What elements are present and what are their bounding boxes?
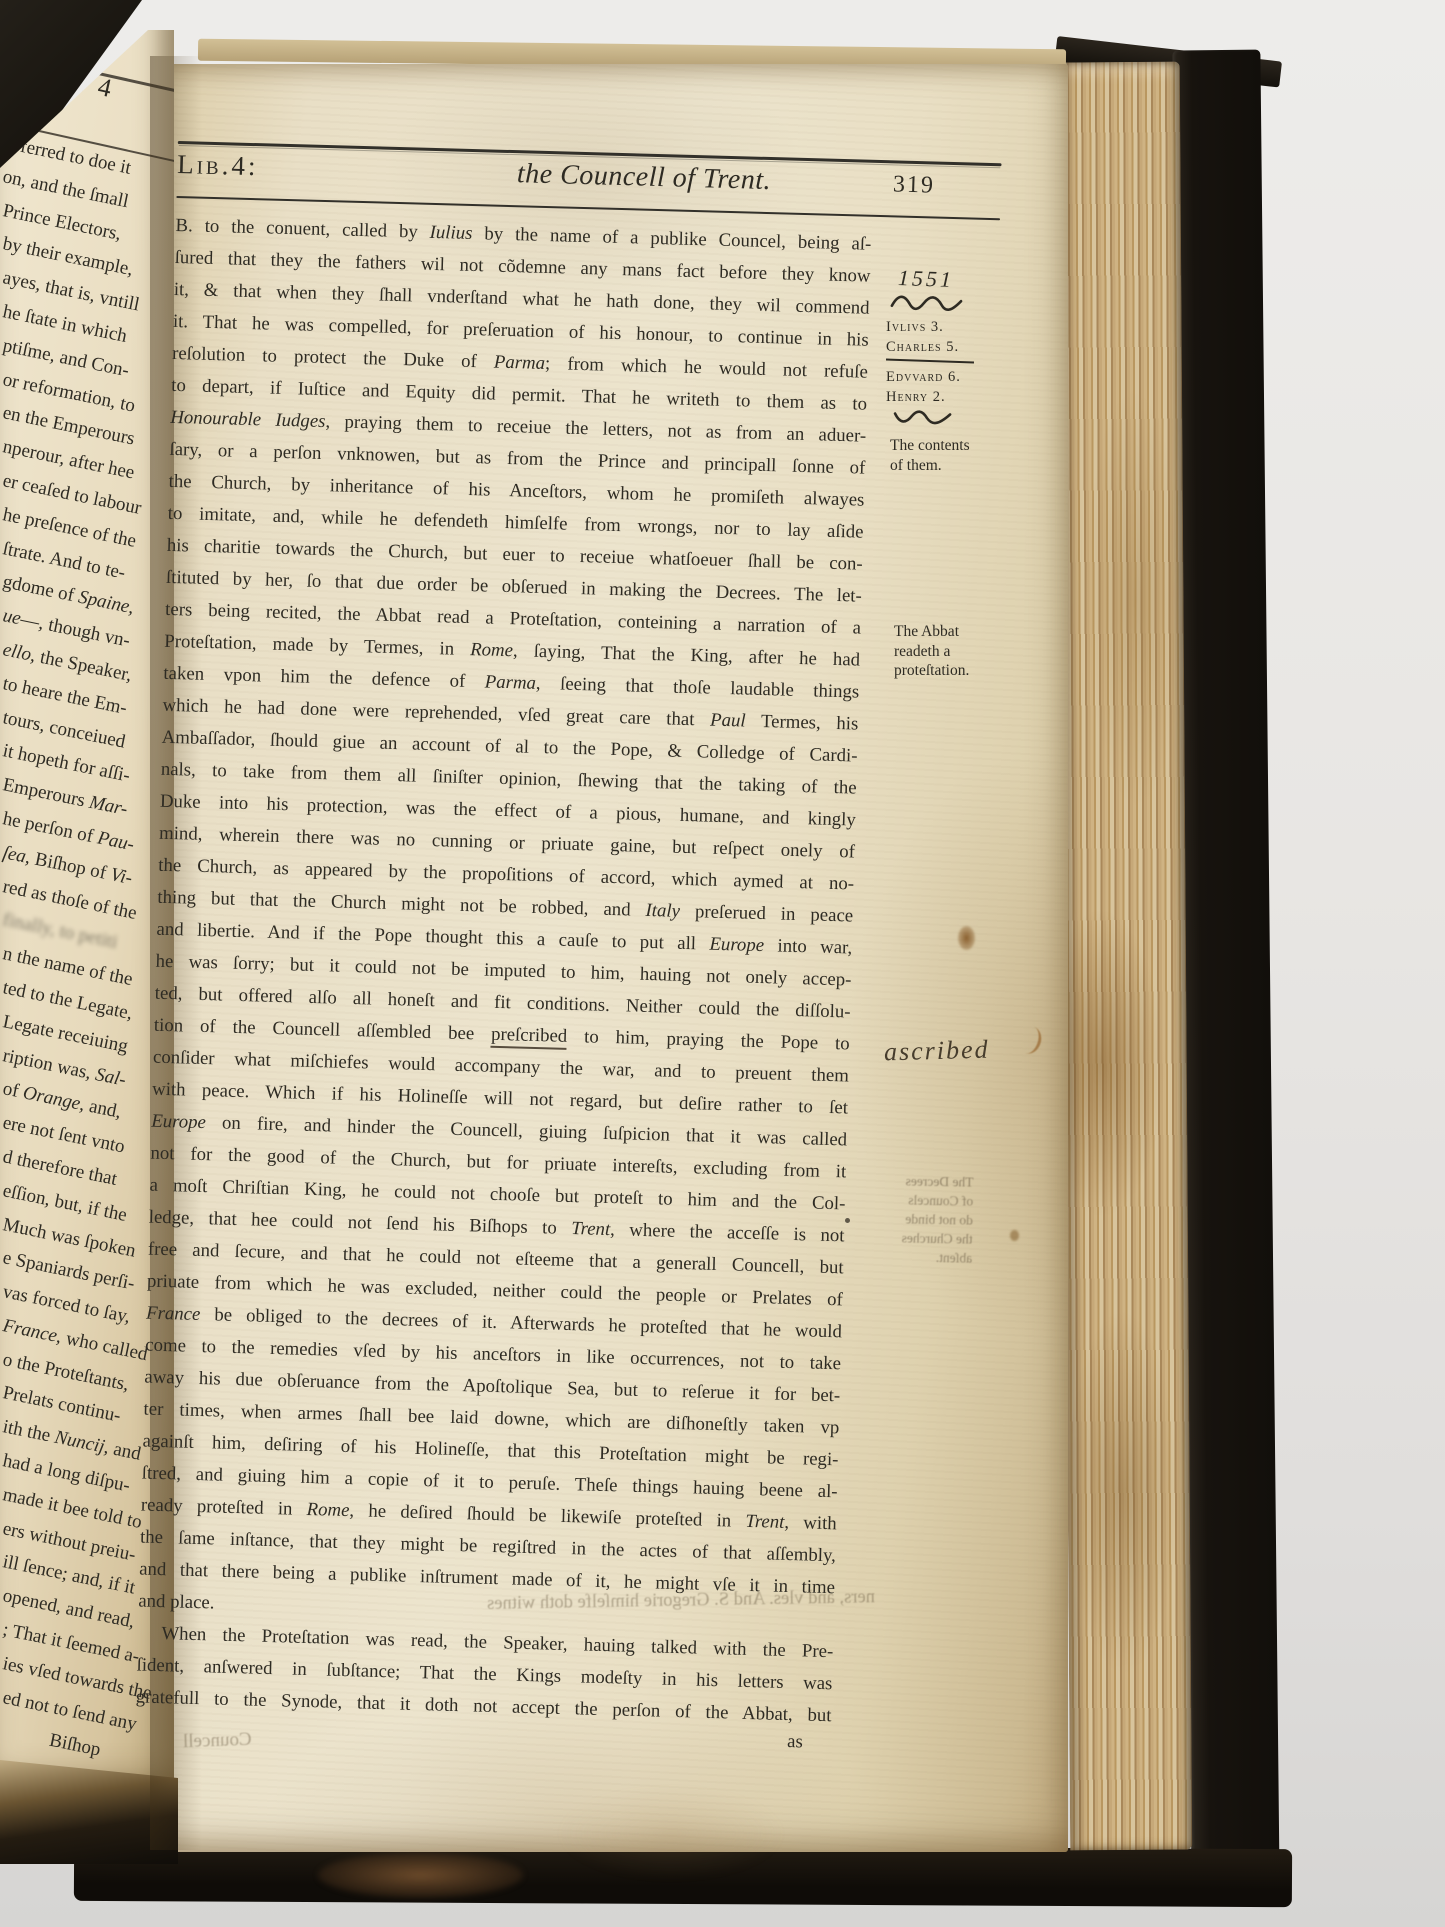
squiggle-ornament-icon <box>889 291 966 316</box>
cover-bottom-leather-patch <box>318 1852 523 1898</box>
margin-note-line: readeth a <box>894 642 969 662</box>
margin-note-line: Ivlivs 3. <box>886 318 959 338</box>
paper-stain <box>1010 1230 1019 1241</box>
margin-year-note: 1551 <box>898 265 955 293</box>
margin-monarchs-note: Ivlivs 3.Charles 5. <box>886 318 959 357</box>
ghost-note-line: The Decrees <box>903 1171 974 1191</box>
paper-stain-faint <box>556 1786 786 1881</box>
handwritten-annotation: ascribed <box>884 1035 990 1068</box>
paper-stain <box>958 926 975 950</box>
margin-note-line: The contents <box>890 436 970 456</box>
margin-abbat-note: The Abbatreadeth aproteſtation. <box>894 622 969 681</box>
margin-monarchs-note: Edvvard 6.Henry 2. <box>886 368 961 407</box>
body-text: B. to the conuent, called by Iulius by t… <box>135 210 871 1732</box>
running-header-book: Lib.4: <box>177 149 408 186</box>
margin-note-line: The Abbat <box>894 622 969 642</box>
paragraph: B. to the conuent, called by Iulius by t… <box>138 210 872 1636</box>
squiggle-ornament-icon <box>892 407 954 428</box>
fore-edge-page-stack <box>1058 62 1192 1851</box>
margin-divider-rule <box>886 358 974 363</box>
margin-note-line: proteſtation. <box>894 661 969 681</box>
ghost-note-line: of Councels <box>902 1190 973 1210</box>
margin-note-line: Charles 5. <box>886 338 959 358</box>
ghost-note-line: do not binde <box>902 1209 973 1229</box>
ghost-note-line: the Churches <box>902 1228 973 1248</box>
showthrough-text-word: Councell <box>183 1729 252 1753</box>
margin-note-line: Henry 2. <box>886 388 961 408</box>
ghost-note-line: abſent. <box>901 1247 972 1267</box>
margin-note-line: of them. <box>890 456 970 476</box>
ink-speck <box>845 1218 850 1223</box>
margin-contents-note: The contentsof them. <box>890 436 970 475</box>
showthrough-margin-note: The Decreesof Councelsdo not bindethe Ch… <box>901 1171 974 1267</box>
photo-background: { "meta": { "description": "Photograph o… <box>0 0 1445 1927</box>
paragraph: When the Proteſtation was read, the Spea… <box>135 1617 833 1732</box>
margin-note-line: Edvvard 6. <box>886 368 961 388</box>
